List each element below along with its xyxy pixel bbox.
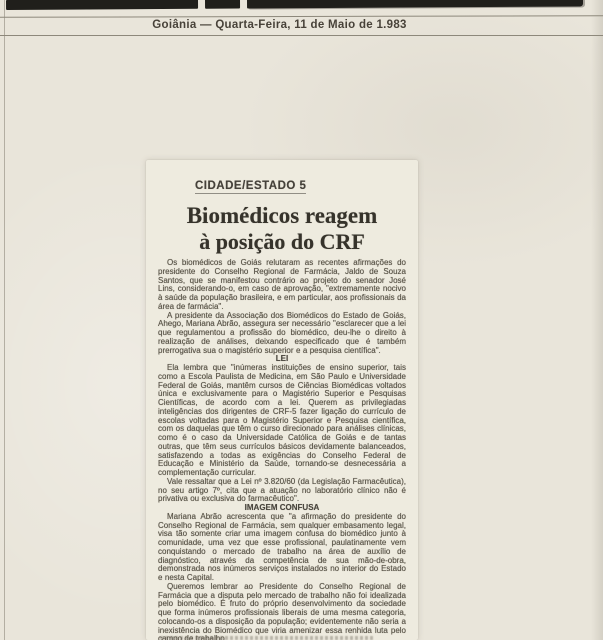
article-paragraph: Mariana Abrão acrescenta que "a afirmaçã…	[158, 513, 406, 583]
cutoff-text-smudge	[160, 636, 374, 640]
headline-line-1: Biomédicos reagem	[158, 203, 406, 229]
masthead-logo-bar	[0, 0, 603, 13]
section-label: CIDADE/ESTADO 5	[195, 180, 306, 194]
article-headline: Biomédicos reagem à posição do CRF	[158, 203, 406, 254]
article-paragraph: Queremos lembrar ao Presidente do Consel…	[158, 583, 406, 640]
masthead-bar-segment	[247, 0, 583, 8]
article-paragraph: A presidente da Associação dos Biomédico…	[158, 312, 406, 356]
masthead-rule-top	[0, 15, 603, 18]
article-paragraph: Ela lembra que "inúmeras instituições de…	[158, 364, 406, 478]
masthead-rule-bottom	[0, 35, 603, 36]
article-paragraph: Os biomédicos de Goiás relutaram as rece…	[158, 259, 406, 312]
article-paragraph: Vale ressaltar que a Lei nº 3.820/60 (da…	[158, 478, 406, 504]
masthead-bar-segment	[6, 0, 198, 10]
article-column: CIDADE/ESTADO 5 Biomédicos reagem à posi…	[158, 176, 406, 640]
dateline: Goiânia — Quarta-Feira, 11 de Maio de 1.…	[0, 19, 581, 31]
masthead-bar-segment	[205, 0, 240, 9]
article-body: Os biomédicos de Goiás relutaram as rece…	[158, 259, 406, 640]
headline-line-2: à posição do CRF	[158, 229, 406, 254]
page-fold-line	[4, 0, 5, 640]
